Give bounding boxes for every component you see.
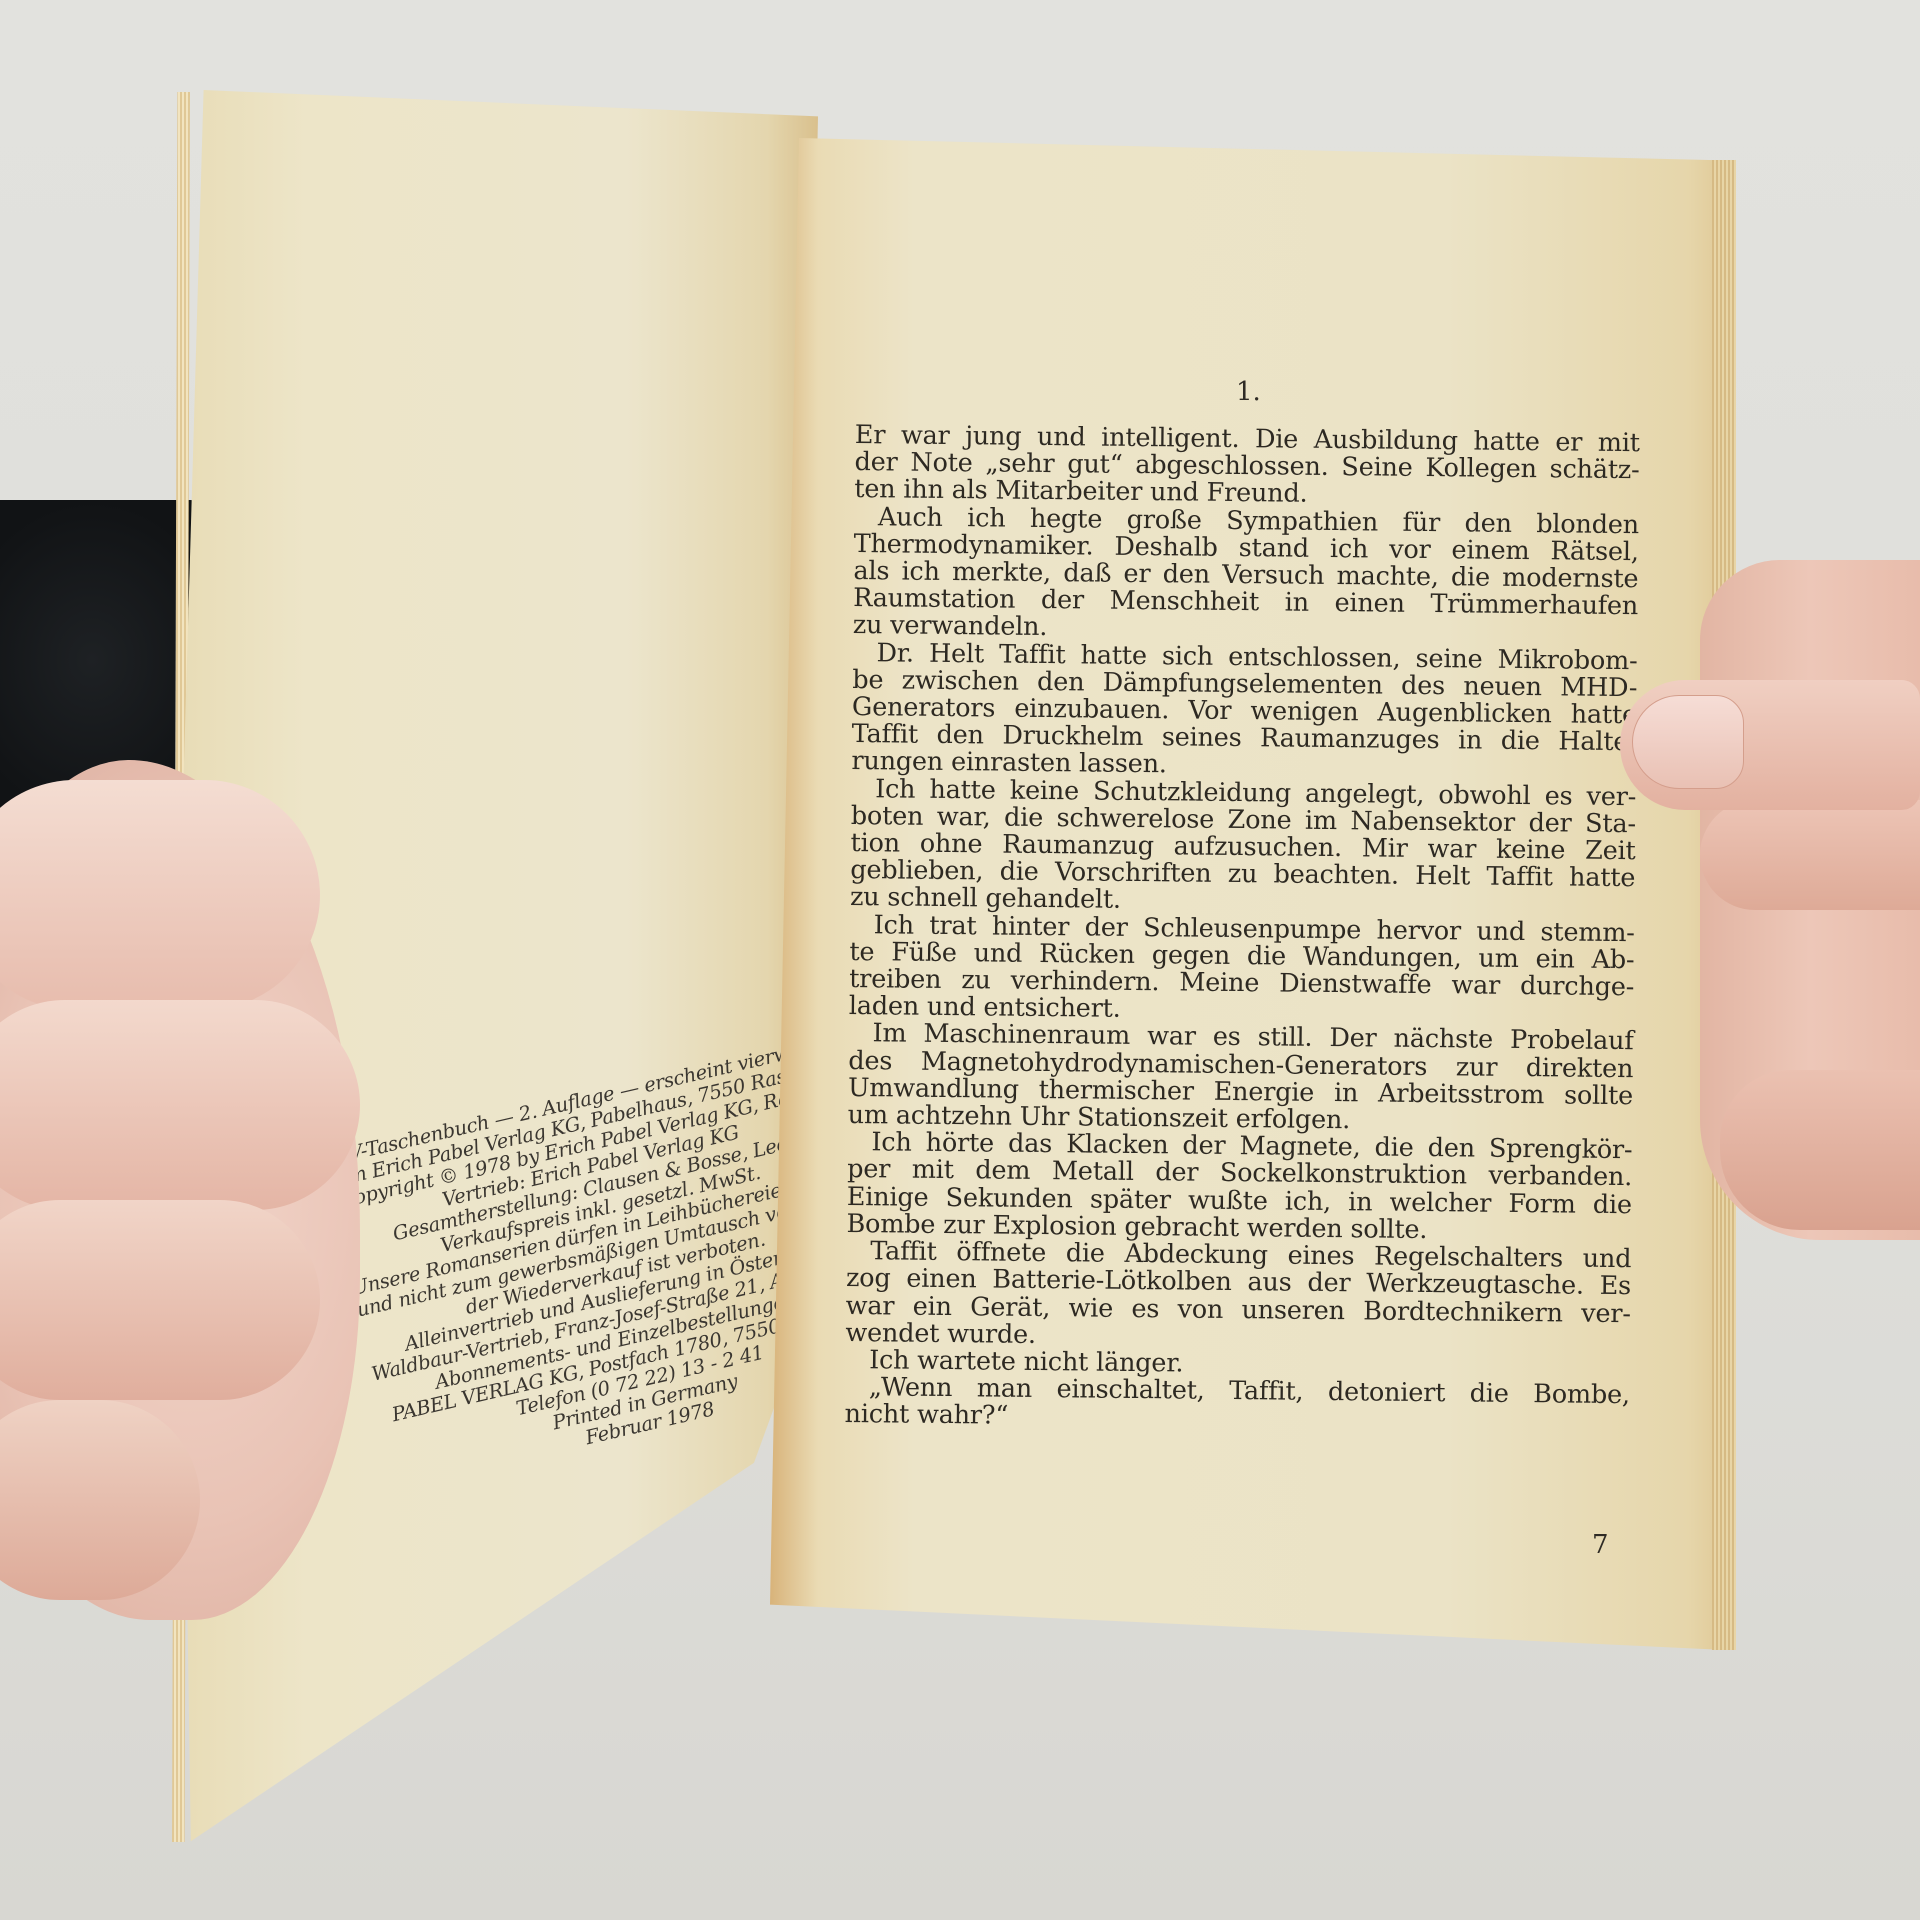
left-finger — [0, 1400, 200, 1600]
left-finger — [0, 1000, 360, 1210]
chapter-body-text: Er war jung und intelligent. Die Ausbild… — [844, 422, 1639, 1437]
left-finger — [0, 780, 320, 1010]
left-finger — [0, 1200, 320, 1400]
page-number: 7 — [1592, 1530, 1609, 1560]
photo-scene: ZBV-Taschenbuch — 2. Auflage — erscheint… — [0, 0, 1920, 1920]
chapter-number: 1. — [1236, 377, 1261, 407]
right-finger — [1700, 800, 1920, 910]
thumbnail-nail — [1632, 695, 1744, 789]
right-finger — [1720, 1070, 1920, 1230]
